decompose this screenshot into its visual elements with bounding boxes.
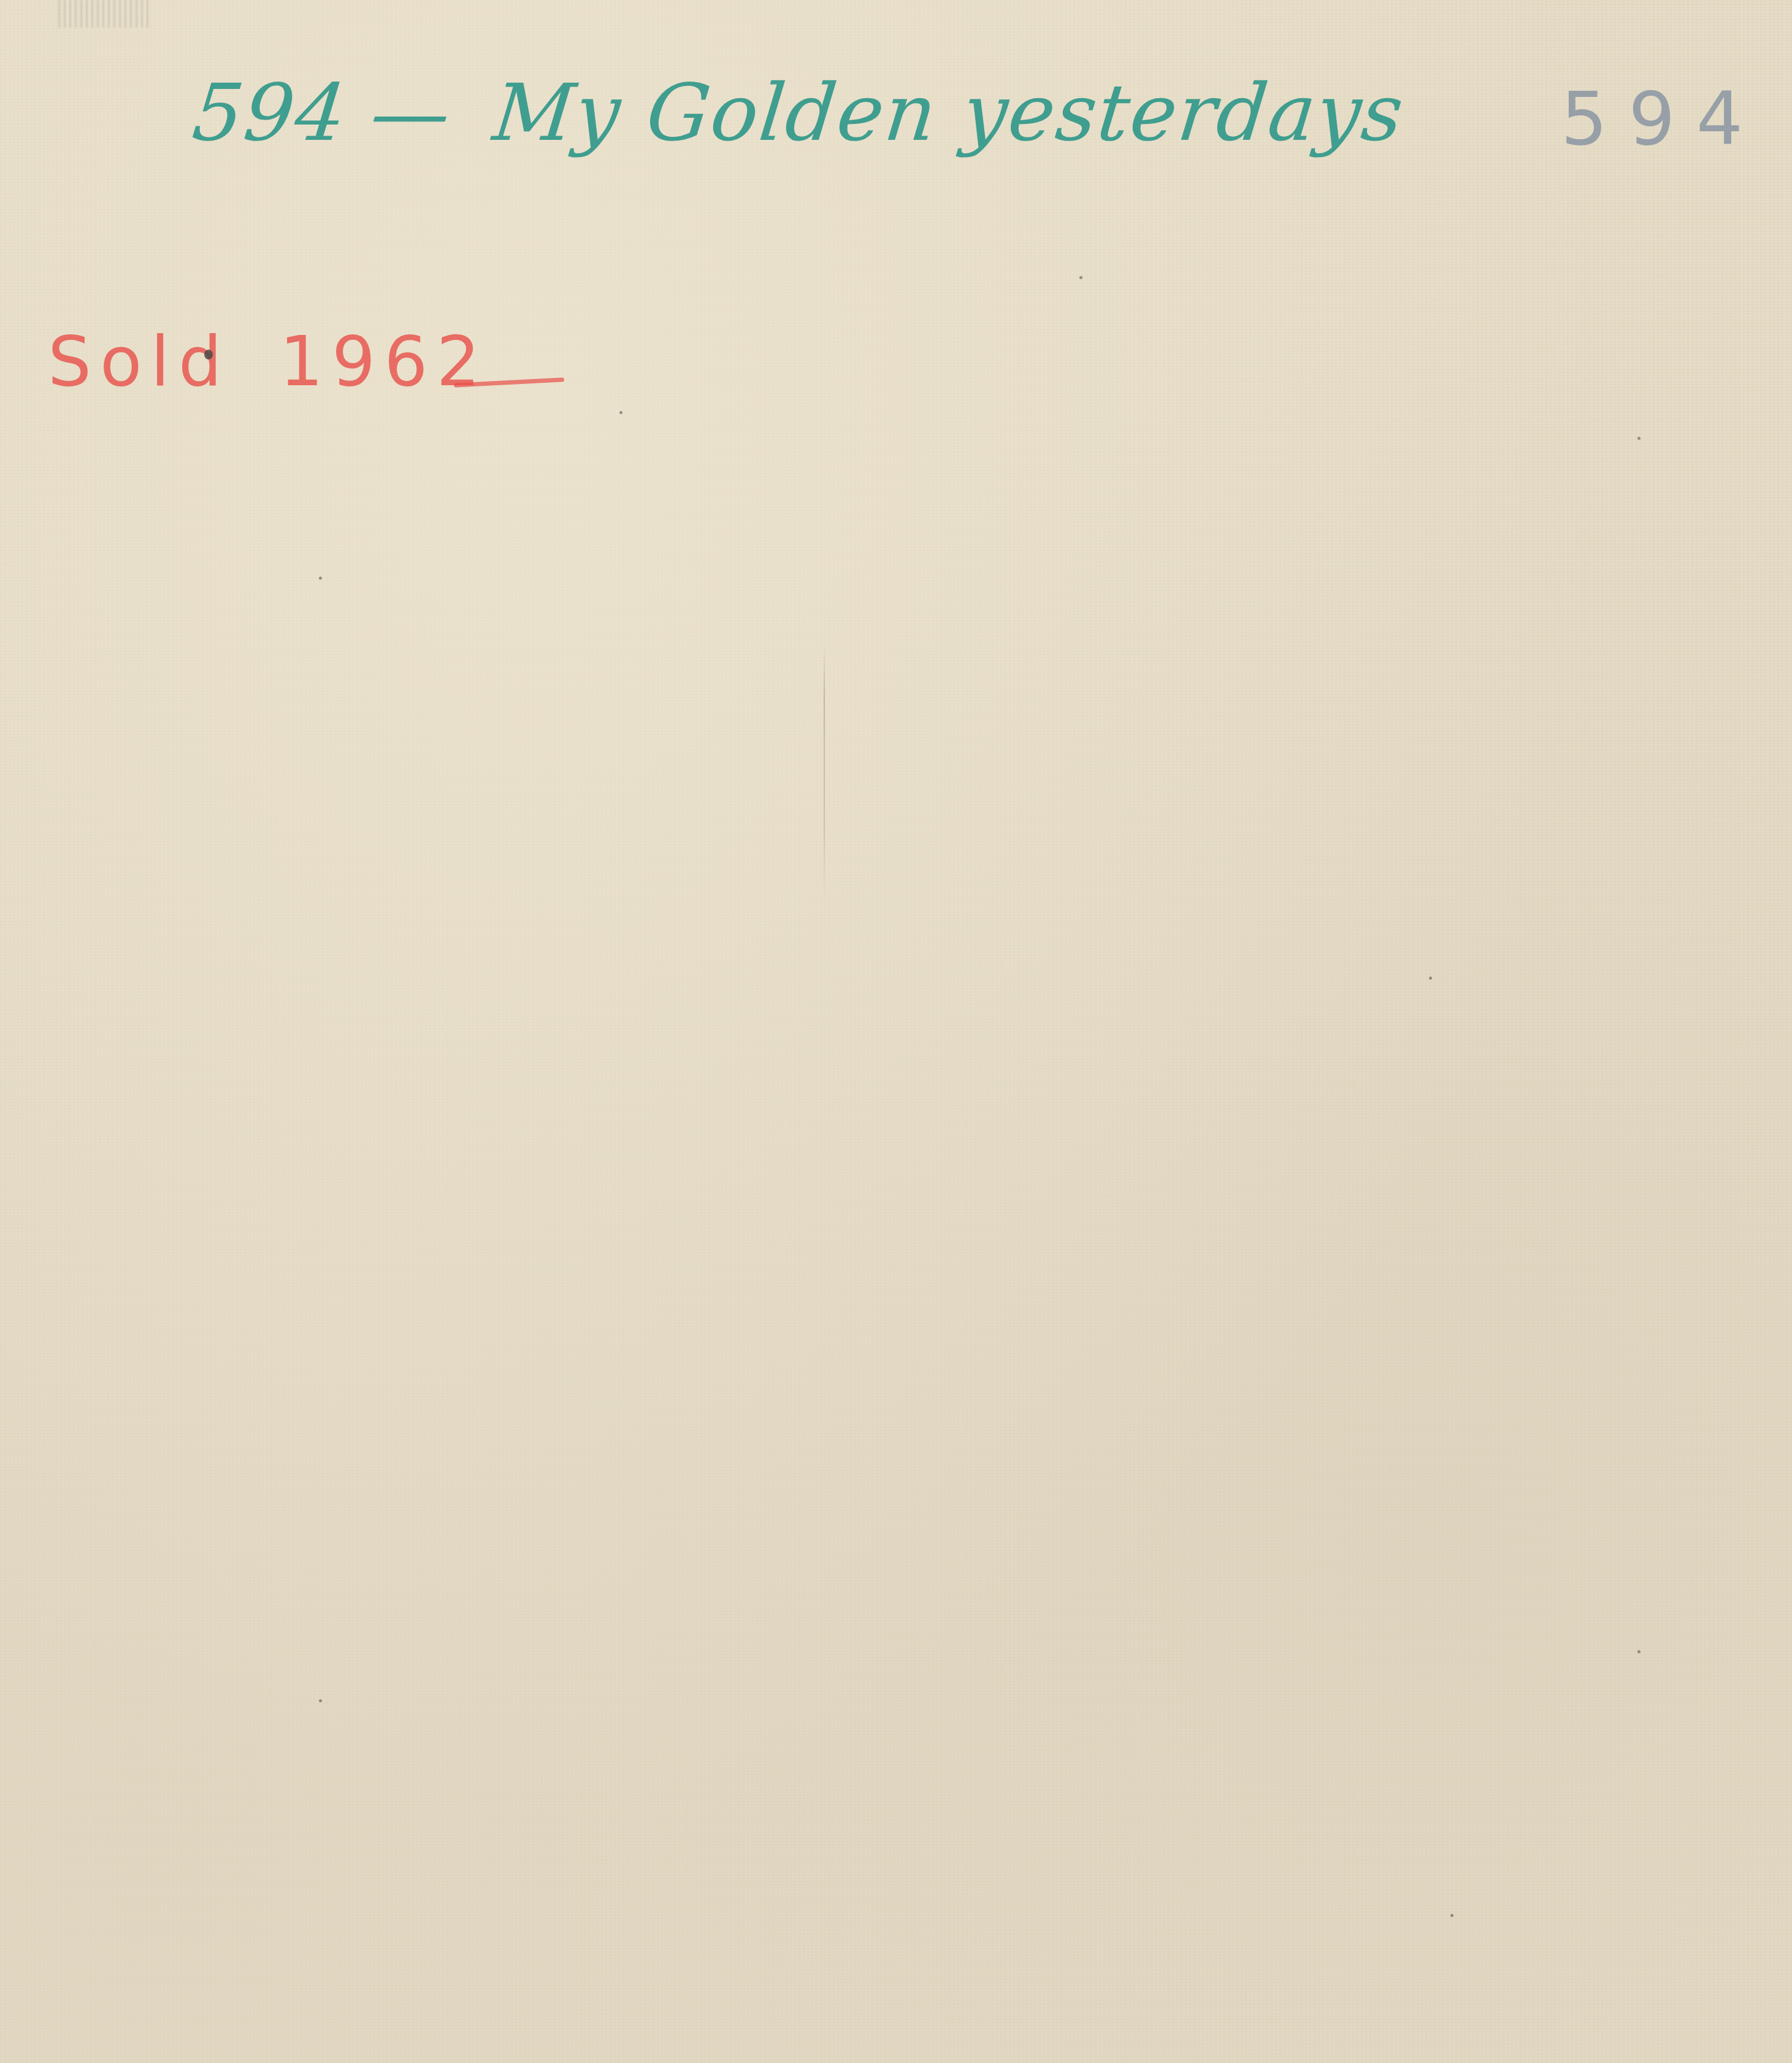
- paper-speck: [319, 1699, 322, 1702]
- document-page: 594—My Golden yesterdays 594 Sold1962: [0, 0, 1792, 2063]
- graphite-smudge: [58, 0, 150, 28]
- catalog-number: 594: [1561, 74, 1764, 166]
- paper-speck: [1637, 1650, 1641, 1653]
- title-number: 594: [188, 67, 351, 159]
- paper-speck: [1637, 437, 1641, 440]
- paper-speck: [319, 577, 322, 580]
- sale-note: Sold1962: [48, 319, 489, 405]
- paper-crease: [824, 644, 825, 902]
- paper-speck: [1450, 1914, 1453, 1917]
- song-title: My Golden yesterdays: [489, 67, 1409, 159]
- ink-spot: [204, 350, 213, 359]
- paper-speck: [1079, 276, 1082, 279]
- title-line: 594—My Golden yesterdays: [188, 64, 1409, 163]
- paper-speck: [1429, 977, 1432, 980]
- sold-word: Sold: [48, 322, 231, 402]
- paper-speck: [619, 411, 622, 414]
- sold-year: 1962: [280, 322, 489, 402]
- title-dash: —: [367, 67, 456, 159]
